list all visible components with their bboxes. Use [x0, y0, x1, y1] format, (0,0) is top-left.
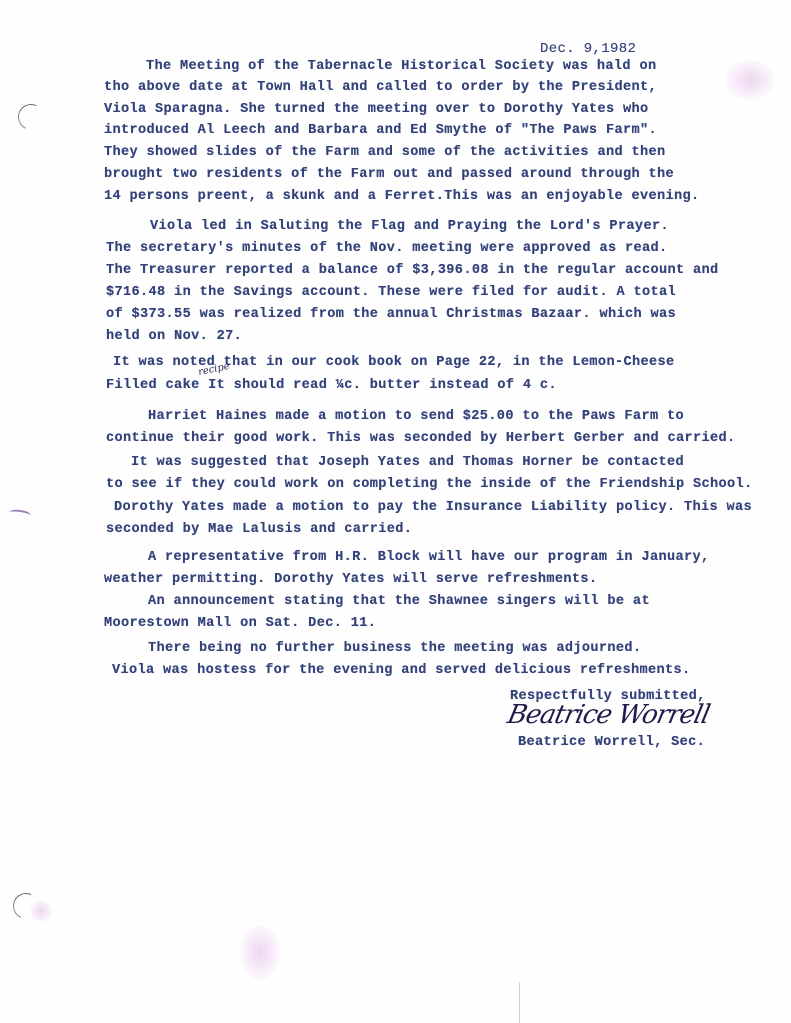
paragraph-line: Moorestown Mall on Sat. Dec. 11.	[104, 615, 376, 632]
paragraph-line: The Treasurer reported a balance of $3,3…	[106, 262, 719, 279]
typed-signature: Beatrice Worrell, Sec.	[518, 734, 705, 751]
ink-smudge	[240, 925, 280, 980]
paragraph-line: tho above date at Town Hall and called t…	[104, 79, 657, 96]
paragraph-line: Filled cake It should read ¼c. butter in…	[106, 377, 557, 394]
document-page: Dec. 9,1982 The Meeting of the Tabernacl…	[0, 0, 791, 1023]
paragraph-line: An announcement stating that the Shawnee…	[148, 593, 650, 610]
margin-mark	[9, 509, 32, 520]
paragraph-line: held on Nov. 27.	[106, 328, 242, 345]
page-crease	[519, 982, 520, 1023]
paragraph-line: There being no further business the meet…	[148, 640, 641, 657]
paragraph-line: $716.48 in the Savings account. These we…	[106, 284, 676, 301]
paragraph-line: seconded by Mae Lalusis and carried.	[106, 521, 412, 538]
paragraph-line: Viola led in Saluting the Flag and Prayi…	[150, 218, 669, 235]
paragraph-line: The secretary's minutes of the Nov. meet…	[106, 240, 668, 257]
paragraph-line: to see if they could work on completing …	[106, 476, 753, 493]
paragraph-line: It was suggested that Joseph Yates and T…	[131, 454, 684, 471]
paragraph-line: Viola was hostess for the evening and se…	[112, 662, 691, 679]
paragraph-line: weather permitting. Dorothy Yates will s…	[104, 571, 597, 588]
document-date: Dec. 9,1982	[540, 41, 636, 58]
ink-smudge	[725, 60, 775, 100]
punch-hole-top	[14, 100, 47, 133]
paragraph-line: 14 persons preent, a skunk and a Ferret.…	[104, 188, 700, 205]
ink-smudge	[30, 900, 52, 922]
paragraph-line: They showed slides of the Farm and some …	[104, 144, 666, 161]
paragraph-line: A representative from H.R. Block will ha…	[148, 549, 710, 566]
paragraph-line: of $373.55 was realized from the annual …	[106, 306, 676, 323]
paragraph-line: Harriet Haines made a motion to send $25…	[148, 408, 684, 425]
paragraph-line: introduced Al Leech and Barbara and Ed S…	[104, 122, 657, 139]
paragraph-line: Dorothy Yates made a motion to pay the I…	[114, 499, 752, 516]
paragraph-line: The Meeting of the Tabernacle Historical…	[146, 58, 656, 75]
handwritten-signature: Beatrice Worrell	[505, 700, 712, 730]
paragraph-line: brought two residents of the Farm out an…	[104, 166, 674, 183]
paragraph-line: Viola Sparagna. She turned the meeting o…	[104, 101, 648, 118]
paragraph-line: continue their good work. This was secon…	[106, 430, 736, 447]
